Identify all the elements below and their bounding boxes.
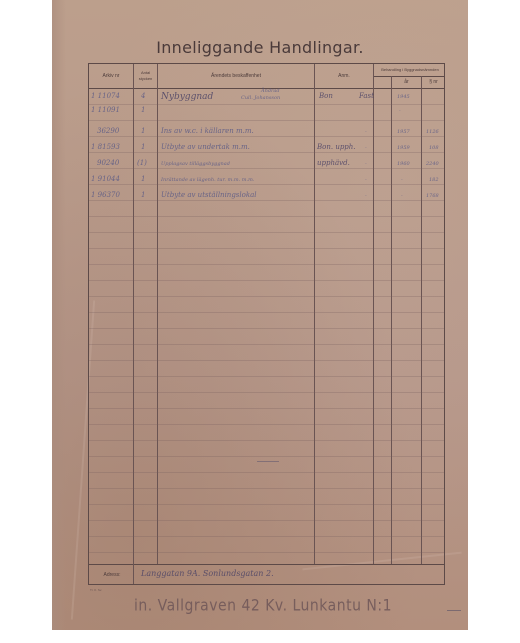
address-value: Langgatan 9A. Sonlundsgatan 2. [141, 569, 274, 578]
header-arkiv-nr: Arkiv nr [89, 64, 133, 88]
ruled-line [89, 376, 444, 377]
ruled-line [89, 392, 444, 393]
header-arendets-beskaffenhet: Ärendets beskaffenhet [158, 64, 314, 88]
row-beskaffenhet: Upplagsav tilläggsbyggnad [161, 161, 230, 167]
row-mark: - [365, 193, 367, 199]
ruled-line [89, 248, 444, 249]
ruled-line [89, 440, 444, 441]
ruled-line [89, 360, 444, 361]
header-anm: Anm. [315, 64, 373, 88]
row-ar: - [401, 193, 403, 199]
ruled-line [89, 472, 444, 473]
column-divider [157, 64, 158, 564]
ruled-line [89, 504, 444, 505]
header-ar: år [392, 76, 421, 88]
row-antal: 4 [141, 92, 145, 100]
column-divider [314, 64, 315, 564]
ruled-line [89, 536, 444, 537]
header-antal-stycken: Antal stycken [134, 64, 157, 88]
row-ar: - [399, 108, 401, 114]
records-table: Arkiv nr Antal stycken Ärendets beskaffe… [88, 63, 445, 585]
ruled-line [89, 136, 444, 137]
ruled-line [89, 424, 444, 425]
column-divider [421, 76, 422, 564]
row-beskaffenhet: Inrättande av lägenh. tur. m.m. m.m. [161, 177, 254, 183]
row-anm: Bon [319, 92, 333, 100]
ruled-line [89, 344, 444, 345]
column-divider [391, 76, 392, 564]
ruled-line [89, 184, 444, 185]
property-stamp: in. Vallgraven 42 Kv. Lunkantu N:1 [134, 597, 392, 615]
row-antal: (1) [137, 159, 147, 167]
ruled-line [89, 216, 444, 217]
header-paragraf-nr: § nr [422, 76, 445, 88]
ruled-line [89, 104, 444, 105]
row-antal: 1 [141, 143, 145, 151]
address-label: Adress: [89, 572, 135, 578]
ruled-line [89, 120, 444, 121]
address-divider [89, 564, 444, 565]
ruled-line [89, 280, 444, 281]
row-paragraf-nr: 2240 [426, 161, 439, 167]
row-anm: Bon. upph. [317, 143, 356, 151]
ruled-line [89, 552, 444, 553]
row-beskaffenhet: Utbyte av utställningslokal [161, 191, 257, 199]
row-antal: 1 [141, 175, 145, 183]
row-antal: 1 [141, 191, 145, 199]
row-beskaffenhet: Ins av w.c. i källaren m.m. [161, 127, 254, 135]
row-arkiv-nr: 1 11091 [91, 106, 120, 114]
row-anm: upphävd. [317, 159, 350, 167]
ruled-line [89, 264, 444, 265]
row-arkiv-nr: 36290 [97, 127, 119, 135]
pencil-mark [257, 461, 279, 462]
column-divider [373, 64, 374, 564]
row-beskaffenhet-note: Cull. Johansson [241, 95, 280, 101]
column-divider [133, 64, 134, 564]
row-mark: - [365, 177, 367, 183]
row-arkiv-nr: 1 96370 [91, 191, 120, 199]
row-paragraf-nr: 108 [429, 145, 439, 151]
row-beskaffenhet: Utbyte av undertak m.m. [161, 143, 250, 151]
row-beskaffenhet: Nybyggnad [161, 92, 213, 102]
row-paragraf-nr: 182 [429, 177, 439, 183]
document-title: Inneliggande Handlingar. [52, 38, 468, 57]
stamp-dash [447, 610, 461, 611]
ruled-line [89, 328, 444, 329]
row-mark: - [365, 145, 367, 151]
paper-edge [52, 0, 66, 630]
row-mark: Fast [359, 92, 374, 100]
row-paragraf-nr: 1126 [426, 129, 439, 135]
ruled-line [89, 408, 444, 409]
row-arkiv-nr: 1 11074 [91, 92, 120, 100]
row-antal: 1 [141, 127, 145, 135]
row-ar: 1945 [397, 94, 410, 100]
document-page: Inneliggande Handlingar. [52, 0, 468, 630]
row-antal: 1 [141, 106, 145, 114]
row-ar: 1960 [397, 161, 410, 167]
ruled-line [89, 232, 444, 233]
ruled-line [89, 152, 444, 153]
header-behandling-group: Behandling i Byggnadsnämnden [374, 64, 446, 76]
row-ar: 1957 [397, 129, 410, 135]
ruled-line [89, 200, 444, 201]
row-paragraf-nr: 1768 [426, 193, 439, 199]
ruled-line [89, 488, 444, 489]
row-ar: 1959 [397, 145, 410, 151]
row-arkiv-nr: 1 91044 [91, 175, 120, 183]
row-beskaffenhet-note-top: Ändrad [261, 88, 280, 94]
ruled-line [89, 168, 444, 169]
row-mark: - [365, 161, 367, 167]
printer-mark: Tr. K. Sv. [90, 588, 102, 592]
row-mark: - [365, 129, 367, 135]
ruled-line [89, 456, 444, 457]
ruled-line [89, 296, 444, 297]
row-ar: - [401, 177, 403, 183]
ruled-line [89, 520, 444, 521]
ruled-line [89, 312, 444, 313]
row-arkiv-nr: 90240 [97, 159, 119, 167]
row-arkiv-nr: 1 81593 [91, 143, 120, 151]
